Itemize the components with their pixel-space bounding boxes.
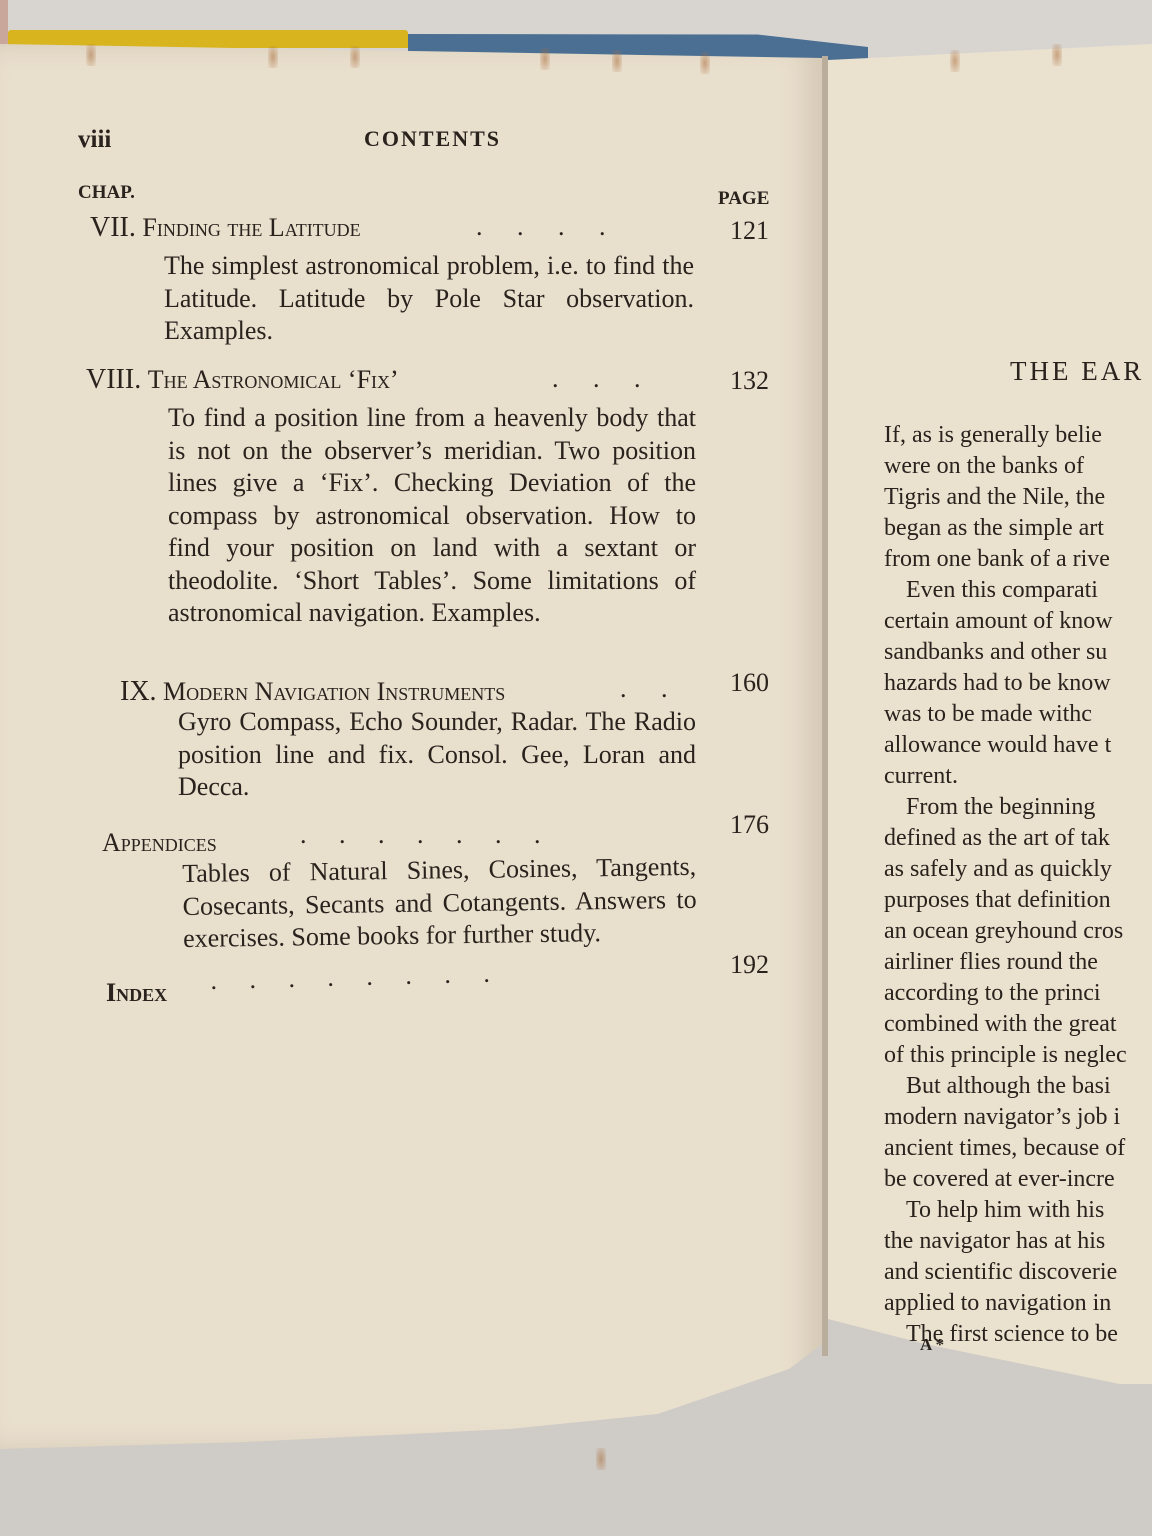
text-line: To help him with his — [884, 1195, 1127, 1226]
page-number: 176 — [730, 810, 769, 840]
foxing-stain — [950, 50, 960, 72]
body-text: If, as is generally belie were on the ba… — [884, 420, 1127, 1350]
leader-dots: . . . — [552, 364, 655, 394]
chapter-number: VIII. — [86, 364, 141, 395]
foxing-stain — [86, 44, 96, 66]
text-line: as safely and as quickly — [884, 854, 1127, 885]
text-line: Even this comparati — [884, 575, 1127, 606]
running-head: CONTENTS — [364, 126, 501, 152]
chapter-title: Finding the Latitude — [142, 213, 360, 242]
text-line: the navigator has at his — [884, 1226, 1127, 1257]
signature-mark: A * — [920, 1335, 944, 1355]
text-line: sandbanks and other su — [884, 637, 1127, 668]
text-line: an ocean greyhound cros — [884, 916, 1127, 947]
text-line: allowance would have t — [884, 730, 1127, 761]
text-line: combined with the great — [884, 1009, 1127, 1040]
chap-column-label: CHAP. — [78, 182, 135, 204]
chapter-description: To find a position line from a heavenly … — [168, 402, 696, 630]
page-number: 160 — [730, 668, 769, 698]
foxing-stain — [1052, 44, 1062, 66]
page-number: 132 — [730, 366, 769, 396]
chapter-description: Gyro Compass, Echo Sounder, Radar. The R… — [178, 706, 696, 804]
toc-entry-heading: VII. Finding the Latitude — [90, 212, 361, 244]
text-line: defined as the art of tak — [884, 823, 1127, 854]
book-gutter — [822, 56, 828, 1356]
page-folio: viii — [78, 126, 111, 154]
leader-dots: . . . . . . . — [300, 820, 554, 850]
text-line: But although the basi — [884, 1071, 1127, 1102]
section-title: Index — [106, 978, 167, 1007]
text-line: and scientific discoverie — [884, 1257, 1127, 1288]
text-line: If, as is generally belie — [884, 420, 1127, 451]
text-line: From the beginning — [884, 792, 1127, 823]
foxing-stain — [596, 1448, 606, 1470]
toc-entry-heading: Appendices — [102, 828, 217, 858]
text-line: applied to navigation in — [884, 1288, 1127, 1319]
text-line: modern navigator’s job i — [884, 1102, 1127, 1133]
page-number: 121 — [730, 216, 769, 246]
thumb-edge — [0, 0, 8, 48]
text-line: current. — [884, 761, 1127, 792]
chapter-heading: THE EAR — [1010, 356, 1144, 387]
chapter-title: Modern Navigation Instruments — [163, 677, 505, 706]
foxing-stain — [268, 46, 278, 68]
page-column-label: PAGE — [718, 188, 769, 210]
leader-dots: . . — [620, 674, 682, 704]
text-line: Tigris and the Nile, the — [884, 482, 1127, 513]
chapter-description: The simplest astronomical problem, i.e. … — [164, 250, 694, 348]
text-line: ancient times, because of — [884, 1133, 1127, 1164]
chapter-number: VII. — [90, 212, 136, 243]
foxing-stain — [612, 50, 622, 72]
text-line: be covered at ever-incre — [884, 1164, 1127, 1195]
section-description: Tables of Natural Sines, Cosines, Tangen… — [182, 851, 697, 956]
text-line: of this principle is neglec — [884, 1040, 1127, 1071]
text-line: began as the simple art — [884, 513, 1127, 544]
page-number: 192 — [730, 950, 769, 980]
toc-entry-heading: IX. Modern Navigation Instruments — [120, 676, 505, 708]
text-line: were on the banks of — [884, 451, 1127, 482]
section-title: Appendices — [102, 828, 217, 857]
text-line: was to be made withc — [884, 699, 1127, 730]
text-line: hazards had to be know — [884, 668, 1127, 699]
foxing-stain — [540, 48, 550, 70]
toc-entry-heading: VIII. The Astronomical ‘Fix’ — [86, 364, 399, 396]
text-line: from one bank of a rive — [884, 544, 1127, 575]
chapter-title: The Astronomical ‘Fix’ — [148, 365, 399, 394]
toc-entry-heading: Index — [106, 978, 167, 1008]
text-line: airliner flies round the — [884, 947, 1127, 978]
leader-dots: . . . . — [476, 212, 620, 242]
text-line: purposes that definition — [884, 885, 1127, 916]
chapter-number: IX. — [120, 676, 157, 707]
foxing-stain — [700, 52, 710, 74]
text-line: according to the princi — [884, 978, 1127, 1009]
foxing-stain — [350, 46, 360, 68]
text-line: certain amount of know — [884, 606, 1127, 637]
